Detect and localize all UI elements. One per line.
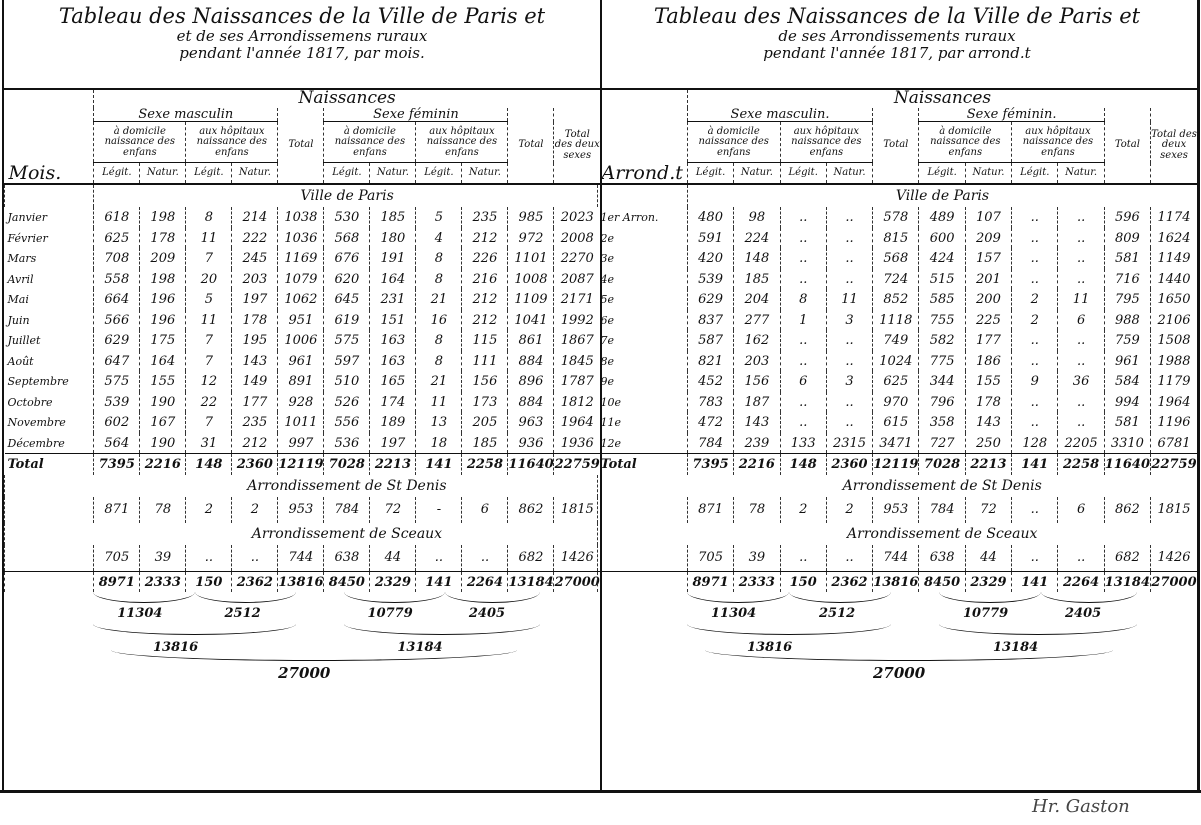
domicile-header: à domicile naissance des enfans [94, 122, 186, 163]
table-row: 6e837277131118755225269882106 [598, 310, 1198, 331]
signature: Hr. Gaston [1032, 796, 1130, 817]
hopitaux-header: aux hôpitaux naissance des enfans [1012, 122, 1105, 163]
male-total-header: Total [278, 108, 324, 185]
legit-header: Légit. [1012, 163, 1058, 185]
natur-header: Natur. [1058, 163, 1104, 185]
total-row: Total73952216148236012119702822131412258… [5, 454, 601, 475]
grand-total: 27000 [873, 664, 925, 682]
natur-header: Natur. [462, 163, 508, 185]
natur-header: Natur. [734, 163, 780, 185]
table-row: 10e783187....970796178....9941964 [598, 392, 1198, 413]
natur-header: Natur. [232, 163, 278, 185]
table-row: 2e591224....815600209....8091624 [598, 228, 1198, 249]
hopitaux-header: aux hôpitaux naissance des enfans [186, 122, 278, 163]
table-row: Février62517811222103656818042129722008 [5, 228, 601, 249]
both-total-header: Total des deux sexes [1151, 108, 1197, 185]
table-row: 12e7842391332315347172725012822053310678… [598, 433, 1198, 454]
right-births-table: Arrond.tNaissancesSexe masculin.TotalSex… [597, 90, 1197, 592]
left-title: Tableau des Naissances de la Ville de Pa… [4, 0, 600, 88]
legit-header: Légit. [780, 163, 826, 185]
right-title: Tableau des Naissances de la Ville de Pa… [597, 0, 1197, 88]
section-sceaux: Arrondissement de Sceaux [94, 523, 600, 545]
naissances-header: Naissances [687, 90, 1197, 108]
legit-header: Légit. [919, 163, 965, 185]
row-header: Arrond.t [598, 90, 688, 184]
natur-header: Natur. [826, 163, 872, 185]
domicile-header: à domicile naissance des enfans [687, 122, 780, 163]
male-header: Sexe masculin. [687, 108, 872, 122]
table-row: Novembre60216772351011556189132059631964 [5, 412, 601, 433]
naissances-header: Naissances [94, 90, 600, 108]
section-st-denis: Arrondissement de St Denis [687, 475, 1197, 497]
grand-row: 8971233315023621381684502329141226413184… [5, 571, 601, 592]
table-row: 7e587162....749582177....7591508 [598, 330, 1198, 351]
table-row: Janvier6181988214103853018552359852023 [5, 207, 601, 228]
sceaux-row: 70539....74463844....6821426 [5, 545, 601, 572]
female-total-header: Total [1104, 108, 1150, 185]
legit-header: Légit. [94, 163, 140, 185]
legit-header: Légit. [186, 163, 232, 185]
male-total-header: Total [873, 108, 919, 185]
legit-header: Légit. [416, 163, 462, 185]
grand-total: 27000 [278, 664, 330, 682]
table-row: Août647164714396159716381118841845 [5, 351, 601, 372]
section-paris: Ville de Paris [687, 184, 1197, 207]
legit-header: Légit. [324, 163, 370, 185]
section-st-denis: Arrondissement de St Denis [94, 475, 600, 497]
legit-header: Légit. [687, 163, 733, 185]
table-row: Octobre53919022177928526174111738841812 [5, 392, 601, 413]
row-header: Mois. [5, 90, 94, 184]
natur-header: Natur. [140, 163, 186, 185]
bottom-rule [0, 790, 1201, 793]
table-row: 11e472143....615358143....5811196 [598, 412, 1198, 433]
left-summary-braces: 113042512107792405138161318427000 [4, 592, 600, 702]
sceaux-row: 70539....74463844....6821426 [598, 545, 1198, 572]
table-row: 1er Arron.48098....578489107....5961174 [598, 207, 1198, 228]
st-denis-row: 871782295378472-68621815 [5, 497, 601, 523]
female-total-header: Total [508, 108, 554, 185]
table-row: Septembre5751551214989151016521156896178… [5, 371, 601, 392]
natur-header: Natur. [965, 163, 1011, 185]
table-row: 5e6292048118525852002117951650 [598, 289, 1198, 310]
section-sceaux: Arrondissement de Sceaux [687, 523, 1197, 545]
domicile-header: à domicile naissance des enfans [324, 122, 416, 163]
table-row: Mars70820972451169676191822611012270 [5, 248, 601, 269]
table-row: Mai664196519710626452312121211092171 [5, 289, 601, 310]
female-header: Sexe féminin [324, 108, 508, 122]
hopitaux-header: aux hôpitaux naissance des enfans [780, 122, 873, 163]
natur-header: Natur. [370, 163, 416, 185]
female-header: Sexe féminin. [919, 108, 1104, 122]
domicile-header: à domicile naissance des enfans [919, 122, 1012, 163]
table-row: Juin566196111789516191511621210411992 [5, 310, 601, 331]
table-row: 3e420148....568424157....5811149 [598, 248, 1198, 269]
total-row: Total73952216148236012119702822131412258… [598, 454, 1198, 475]
left-table-page: Tableau des Naissances de la Ville de Pa… [2, 0, 602, 790]
right-summary-braces: 113042512107792405138161318427000 [597, 592, 1197, 702]
section-paris: Ville de Paris [94, 184, 600, 207]
hopitaux-header: aux hôpitaux naissance des enfans [416, 122, 508, 163]
right-table-page: Tableau des Naissances de la Ville de Pa… [597, 0, 1200, 790]
male-header: Sexe masculin [94, 108, 278, 122]
table-row: 8e821203....1024775186....9611988 [598, 351, 1198, 372]
grand-row: 8971233315023621381684502329141226413184… [598, 571, 1198, 592]
st-denis-row: 871782295378472..68621815 [598, 497, 1198, 523]
table-row: 4e539185....724515201....7161440 [598, 269, 1198, 290]
both-total-header: Total des deux sexes [554, 108, 600, 185]
table-row: Avril558198202031079620164821610082087 [5, 269, 601, 290]
left-births-table: Mois.NaissancesSexe masculinTotalSexe fé… [4, 90, 600, 592]
table-row: 9e452156636253441559365841179 [598, 371, 1198, 392]
table-row: Juillet6291757195100657516381158611867 [5, 330, 601, 351]
table-row: Décembre56419031212997536197181859361936 [5, 433, 601, 454]
